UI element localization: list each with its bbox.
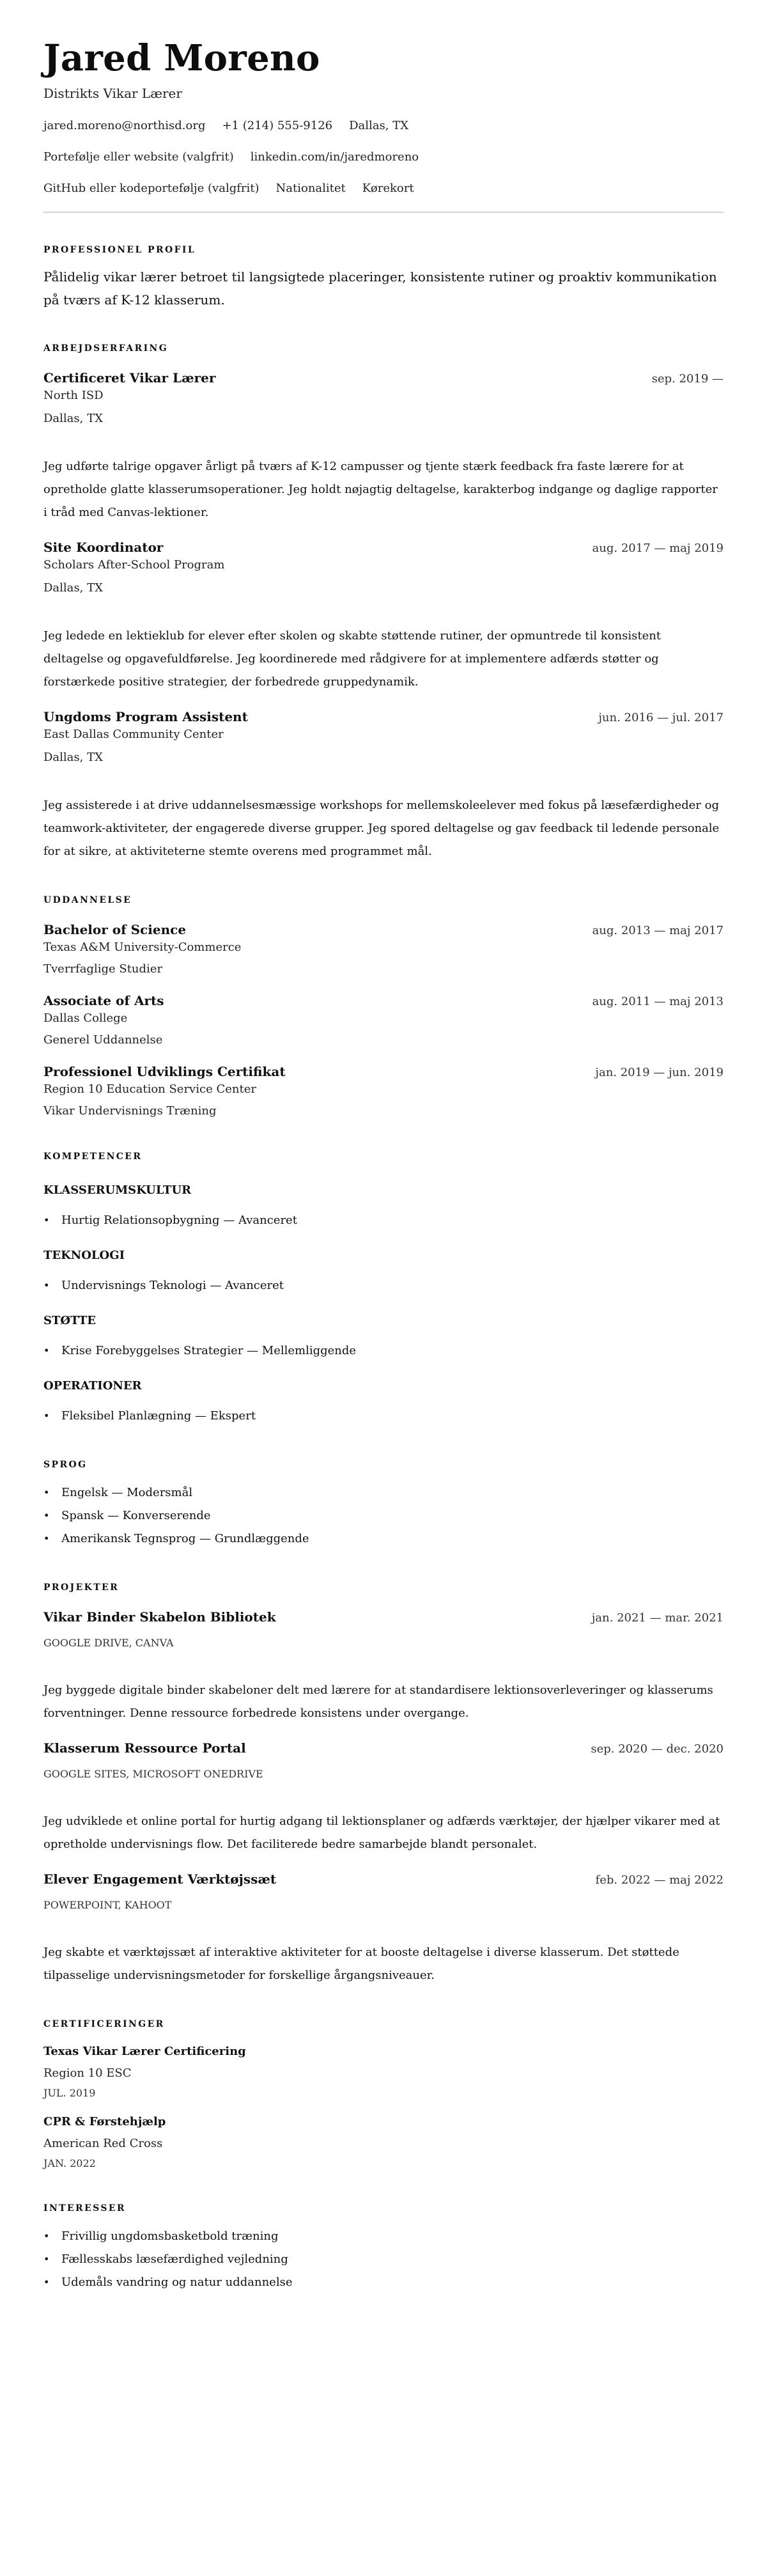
experience-entry: Certificeret Vikar Lærersep. 2019 —North… <box>43 369 724 524</box>
project-description: Jeg byggede digitale binder skabeloner d… <box>43 1679 724 1725</box>
interests-list: Frivillig ungdomsbasketbold træningFælle… <box>43 2225 724 2294</box>
skill-category-title: OPERATIONER <box>43 1378 724 1394</box>
section-title: Certificeringer <box>43 2018 724 2031</box>
portfolio-link[interactable]: Portefølje eller website (valgfrit) <box>43 150 234 164</box>
employer-name: East Dallas Community Center <box>43 726 724 743</box>
github-link[interactable]: GitHub eller kodeportefølje (valgfrit) <box>43 182 260 195</box>
education-entry: Associate of Artsaug. 2011 — maj 2013Dal… <box>43 992 724 1049</box>
job-description: Jeg udførte talrige opgaver årligt på tv… <box>43 455 724 524</box>
project-entry: Klasserum Ressource Portalsep. 2020 — de… <box>43 1739 724 1856</box>
resume-page: Jared Moreno Distrikts Vikar Lærer jared… <box>0 0 767 2332</box>
language-item: Spansk — Konverserende <box>43 1504 724 1527</box>
education-dates: jan. 2019 — jun. 2019 <box>595 1065 724 1081</box>
section-title: Kompetencer <box>43 1150 724 1163</box>
project-tech-stack: Google Drive, Canva <box>43 1635 724 1651</box>
field-of-study: Generel Uddannelse <box>43 1032 724 1049</box>
education-entry: Bachelor of Scienceaug. 2013 — maj 2017T… <box>43 921 724 978</box>
project-name: Elever Engagement Værktøjssæt <box>43 1870 276 1888</box>
entry-header: Bachelor of Scienceaug. 2013 — maj 2017 <box>43 921 724 939</box>
job-dates: aug. 2017 — maj 2019 <box>593 540 724 557</box>
certifications-section: Certificeringer Texas Vikar Lærer Certif… <box>43 2018 724 2171</box>
certification-issuer: American Red Cross <box>43 2135 724 2152</box>
job-location: Dallas, TX <box>43 410 724 427</box>
candidate-headline: Distrikts Vikar Lærer <box>43 84 724 102</box>
skill-category-title: TEKNOLOGI <box>43 1247 724 1264</box>
project-tech-stack: Google Sites, Microsoft OneDrive <box>43 1767 724 1782</box>
skill-items: Fleksibel Planlægning — Ekspert <box>43 1405 724 1428</box>
certification-date: Jul. 2019 <box>43 2086 724 2101</box>
project-dates: feb. 2022 — maj 2022 <box>596 1872 724 1889</box>
experience-entry: Site Koordinatoraug. 2017 — maj 2019Scho… <box>43 538 724 694</box>
contact-info: jared.moreno@northisd.org+1 (214) 555-91… <box>43 118 724 197</box>
job-description: Jeg ledede en lektieklub for elever efte… <box>43 625 724 694</box>
job-dates: jun. 2016 — jul. 2017 <box>598 710 724 726</box>
education-dates: aug. 2011 — maj 2013 <box>593 994 724 1010</box>
section-title: Projekter <box>43 1581 724 1594</box>
languages-section: Sprog Engelsk — ModersmålSpansk — Konver… <box>43 1458 724 1550</box>
field-of-study: Vikar Undervisnings Træning <box>43 1103 724 1120</box>
entry-header: Vikar Binder Skabelon Bibliotekjan. 2021… <box>43 1608 724 1627</box>
linkedin-link[interactable]: linkedin.com/in/jaredmoreno <box>251 150 419 164</box>
skill-item: Undervisnings Teknologi — Avanceret <box>43 1274 724 1297</box>
entry-header: Site Koordinatoraug. 2017 — maj 2019 <box>43 538 724 557</box>
project-description: Jeg udviklede et online portal for hurti… <box>43 1810 724 1856</box>
contact-row: Portefølje eller website (valgfrit)linke… <box>43 149 724 166</box>
certification-name: Texas Vikar Lærer Certificering <box>43 2043 724 2060</box>
contact-row: GitHub eller kodeportefølje (valgfrit)Na… <box>43 180 724 197</box>
interests-section: Interesser Frivillig ungdomsbasketbold t… <box>43 2202 724 2294</box>
entry-header: Associate of Artsaug. 2011 — maj 2013 <box>43 992 724 1010</box>
resume-header: Jared Moreno Distrikts Vikar Lærer jared… <box>43 36 724 213</box>
education-entry: Professionel Udviklings Certifikatjan. 2… <box>43 1063 724 1120</box>
project-name: Vikar Binder Skabelon Bibliotek <box>43 1608 276 1626</box>
experience-list: Certificeret Vikar Lærersep. 2019 —North… <box>43 369 724 863</box>
field-of-study: Tverrfaglige Studier <box>43 961 724 978</box>
job-title: Certificeret Vikar Lærer <box>43 369 215 387</box>
project-entry: Vikar Binder Skabelon Bibliotekjan. 2021… <box>43 1608 724 1725</box>
skill-item: Hurtig Relationsopbygning — Avanceret <box>43 1209 724 1232</box>
project-description: Jeg skabte et værktøjssæt af interaktive… <box>43 1941 724 1987</box>
entry-header: Elever Engagement Værktøjssætfeb. 2022 —… <box>43 1870 724 1889</box>
phone-number[interactable]: +1 (214) 555-9126 <box>222 119 332 132</box>
skill-item: Krise Forebyggelses Strategier — Melleml… <box>43 1339 724 1362</box>
skill-category-title: STØTTE <box>43 1313 724 1329</box>
section-title: Arbejdserfaring <box>43 342 724 355</box>
job-location: Dallas, TX <box>43 749 724 766</box>
certification-name: CPR & Førstehjælp <box>43 2114 724 2130</box>
entry-header: Klasserum Ressource Portalsep. 2020 — de… <box>43 1739 724 1758</box>
degree-title: Professionel Udviklings Certifikat <box>43 1063 286 1081</box>
section-title: Uddannelse <box>43 894 724 907</box>
project-entry: Elever Engagement Værktøjssætfeb. 2022 —… <box>43 1870 724 1987</box>
degree-title: Associate of Arts <box>43 992 164 1010</box>
projects-list: Vikar Binder Skabelon Bibliotekjan. 2021… <box>43 1608 724 1987</box>
interest-item: Fællesskabs læsefærdighed vejledning <box>43 2248 724 2271</box>
entry-header: Ungdoms Program Assistentjun. 2016 — jul… <box>43 708 724 726</box>
language-item: Amerikansk Tegnsprog — Grundlæggende <box>43 1527 724 1550</box>
profile-summary: Pålidelig vikar lærer betroet til langsi… <box>43 265 724 311</box>
certifications-list: Texas Vikar Lærer CertificeringRegion 10… <box>43 2043 724 2171</box>
employer-name: Scholars After-School Program <box>43 557 724 574</box>
school-name: Region 10 Education Service Center <box>43 1081 724 1098</box>
job-location: Dallas, TX <box>43 580 724 597</box>
certification-entry: CPR & FørstehjælpAmerican Red CrossJan. … <box>43 2114 724 2171</box>
job-description: Jeg assisterede i at drive uddannelsesmæ… <box>43 794 724 863</box>
header-divider <box>43 212 724 213</box>
job-title: Ungdoms Program Assistent <box>43 708 248 726</box>
projects-section: Projekter Vikar Binder Skabelon Bibliote… <box>43 1581 724 1987</box>
school-name: Dallas College <box>43 1010 724 1027</box>
school-name: Texas A&M University-Commerce <box>43 939 724 956</box>
skills-list: KLASSERUMSKULTURHurtig Relationsopbygnin… <box>43 1182 724 1428</box>
candidate-name: Jared Moreno <box>43 36 724 81</box>
language-item: Engelsk — Modersmål <box>43 1481 724 1504</box>
certification-issuer: Region 10 ESC <box>43 2065 724 2082</box>
experience-entry: Ungdoms Program Assistentjun. 2016 — jul… <box>43 708 724 863</box>
skill-category-title: KLASSERUMSKULTUR <box>43 1182 724 1199</box>
entry-header: Professionel Udviklings Certifikatjan. 2… <box>43 1063 724 1081</box>
skill-item: Fleksibel Planlægning — Ekspert <box>43 1405 724 1428</box>
project-name: Klasserum Ressource Portal <box>43 1739 246 1757</box>
certification-entry: Texas Vikar Lærer CertificeringRegion 10… <box>43 2043 724 2101</box>
skill-items: Undervisnings Teknologi — Avanceret <box>43 1274 724 1297</box>
education-list: Bachelor of Scienceaug. 2013 — maj 2017T… <box>43 921 724 1120</box>
certification-date: Jan. 2022 <box>43 2156 724 2171</box>
nationality-text: Nationalitet <box>276 182 346 195</box>
project-dates: jan. 2021 — mar. 2021 <box>592 1610 724 1627</box>
interest-item: Udemåls vandring og natur uddannelse <box>43 2271 724 2294</box>
experience-section: Arbejdserfaring Certificeret Vikar Lærer… <box>43 342 724 863</box>
profile-section: Professionel Profil Pålidelig vikar lære… <box>43 244 724 311</box>
skill-items: Hurtig Relationsopbygning — Avanceret <box>43 1209 724 1232</box>
location-text: Dallas, TX <box>349 119 408 132</box>
section-title: Professionel Profil <box>43 244 724 256</box>
entry-header: Certificeret Vikar Lærersep. 2019 — <box>43 369 724 387</box>
contact-row: jared.moreno@northisd.org+1 (214) 555-91… <box>43 118 724 134</box>
employer-name: North ISD <box>43 387 724 404</box>
skills-section: Kompetencer KLASSERUMSKULTURHurtig Relat… <box>43 1150 724 1428</box>
skill-items: Krise Forebyggelses Strategier — Melleml… <box>43 1339 724 1362</box>
drivers-license-text: Kørekort <box>362 182 414 195</box>
interest-item: Frivillig ungdomsbasketbold træning <box>43 2225 724 2248</box>
job-dates: sep. 2019 — <box>652 371 724 387</box>
job-title: Site Koordinator <box>43 538 163 556</box>
languages-list: Engelsk — ModersmålSpansk — Konverserend… <box>43 1481 724 1550</box>
project-tech-stack: PowerPoint, Kahoot <box>43 1898 724 1913</box>
education-dates: aug. 2013 — maj 2017 <box>593 923 724 939</box>
section-title: Sprog <box>43 1458 724 1471</box>
project-dates: sep. 2020 — dec. 2020 <box>591 1741 724 1758</box>
degree-title: Bachelor of Science <box>43 921 186 939</box>
education-section: Uddannelse Bachelor of Scienceaug. 2013 … <box>43 894 724 1120</box>
email-link[interactable]: jared.moreno@northisd.org <box>43 119 205 132</box>
section-title: Interesser <box>43 2202 724 2215</box>
